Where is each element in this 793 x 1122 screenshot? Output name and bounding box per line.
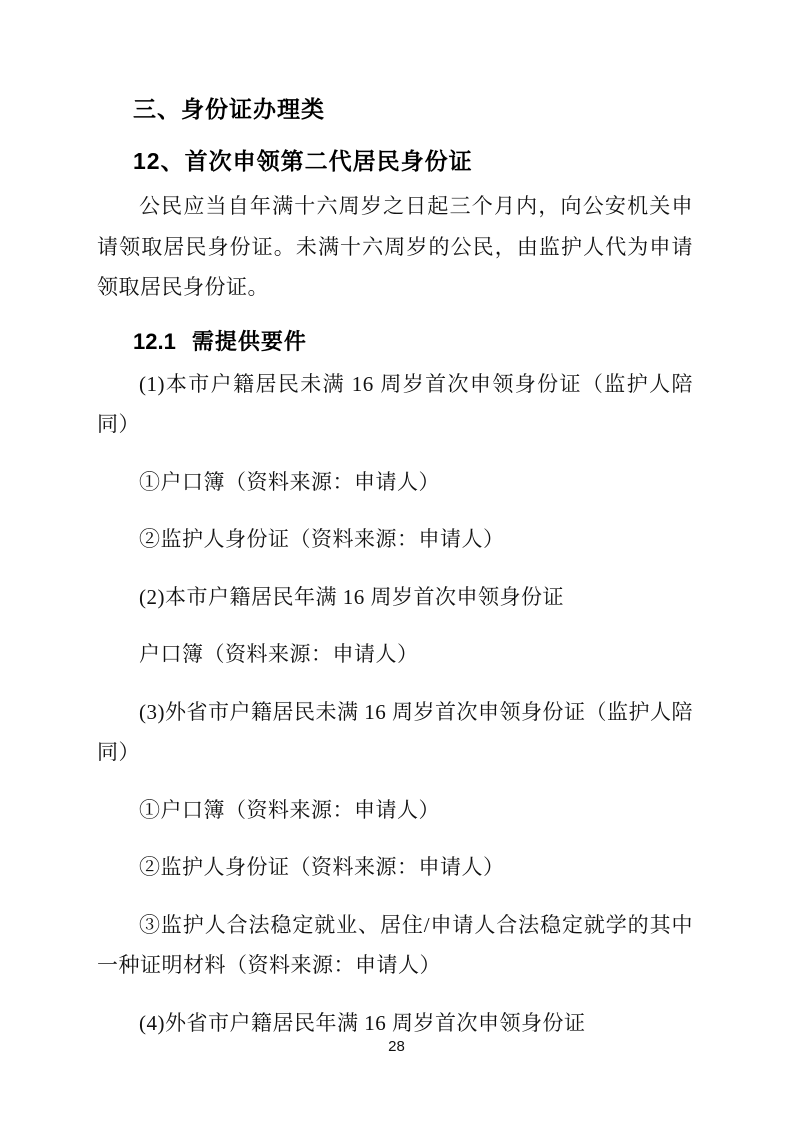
requirement-item: 户口簿（资料来源：申请人）: [97, 634, 693, 675]
requirement-item: ③监护人合法稳定就业、居住/申请人合法稳定就学的其中一种证明材料（资料来源：申请…: [97, 905, 693, 986]
subsection-heading: 12.1需提供要件: [133, 329, 693, 355]
subsection-title: 需提供要件: [192, 329, 307, 354]
requirement-item: ①户口簿（资料来源：申请人）: [97, 462, 693, 503]
intro-paragraph: 公民应当自年满十六周岁之日起三个月内，向公安机关申请领取居民身份证。未满十六周岁…: [97, 186, 693, 308]
document-content: 三、身份证办理类 12、首次申领第二代居民身份证 公民应当自年满十六周岁之日起三…: [97, 96, 693, 1043]
requirement-item: ②监护人身份证（资料来源：申请人）: [97, 847, 693, 888]
requirement-item: (3)外省市户籍居民未满 16 周岁首次申领身份证（监护人陪同）: [97, 692, 693, 773]
requirement-item: (4)外省市户籍居民年满 16 周岁首次申领身份证: [97, 1003, 693, 1044]
section-heading: 三、身份证办理类: [133, 96, 693, 122]
document-page: 三、身份证办理类 12、首次申领第二代居民身份证 公民应当自年满十六周岁之日起三…: [0, 0, 793, 1122]
subsection-number: 12.1: [133, 329, 176, 354]
requirement-item: (1)本市户籍居民未满 16 周岁首次申领身份证（监护人陪同）: [97, 364, 693, 445]
requirement-item: ①户口簿（资料来源：申请人）: [97, 790, 693, 831]
requirement-item: (2)本市户籍居民年满 16 周岁首次申领身份证: [97, 577, 693, 618]
topic-heading: 12、首次申领第二代居民身份证: [133, 148, 693, 174]
page-number: 28: [0, 1038, 793, 1056]
requirement-item: ②监护人身份证（资料来源：申请人）: [97, 519, 693, 560]
